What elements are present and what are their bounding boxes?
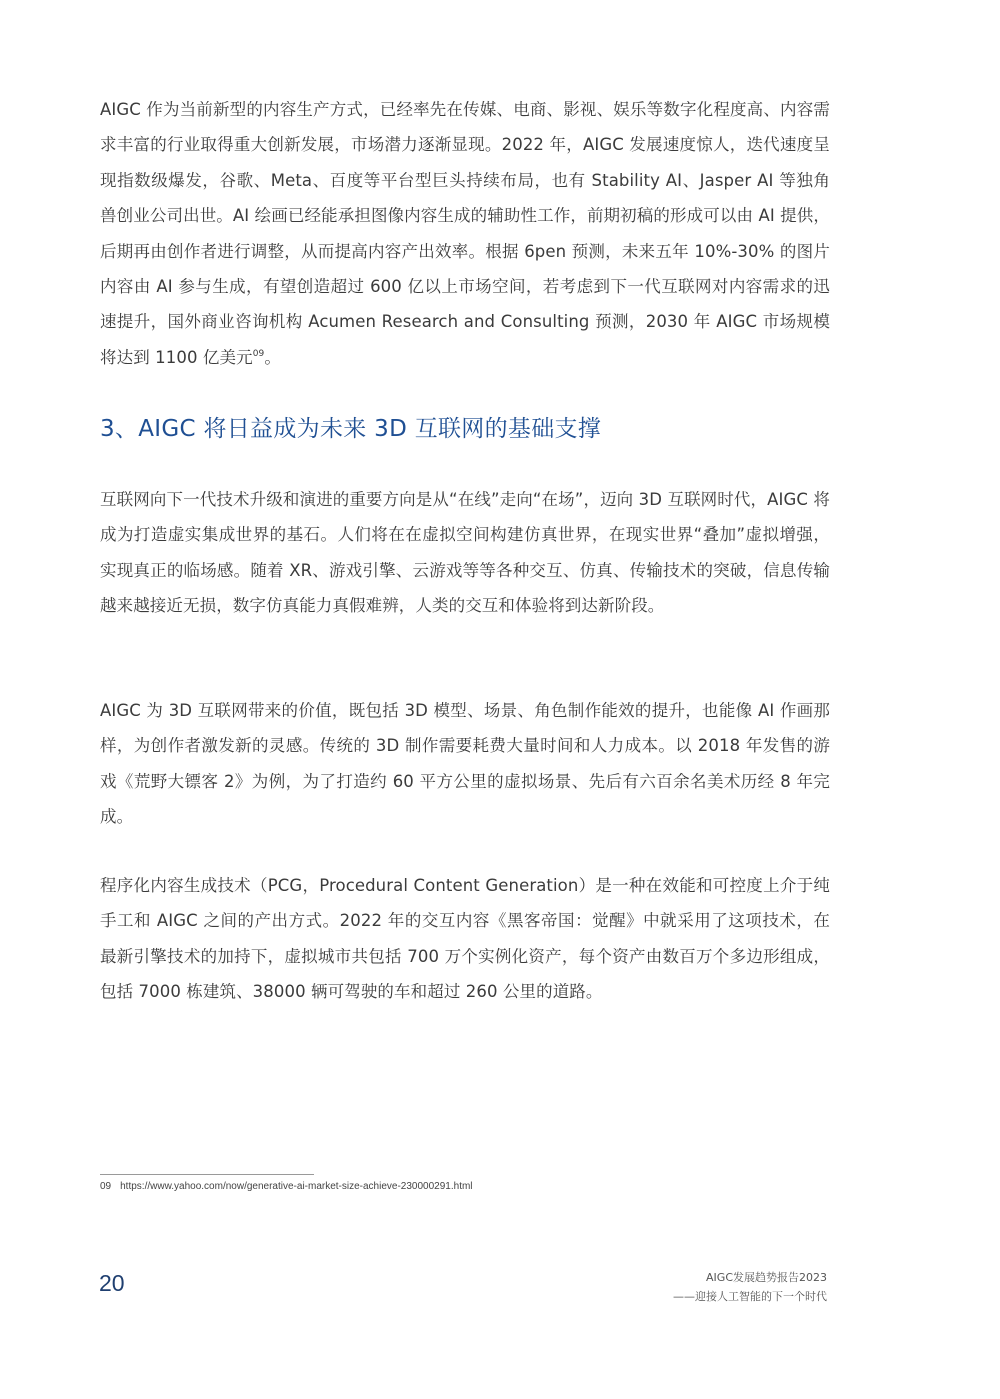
- footnote-divider: [100, 1174, 314, 1175]
- report-title: AIGC发展趋势报告2023: [673, 1268, 827, 1287]
- paragraph-end: 。: [264, 348, 281, 367]
- page-number: 20: [99, 1270, 125, 1297]
- section-heading: 3、AIGC 将日益成为未来 3D 互联网的基础支撑: [100, 412, 601, 446]
- footnote: 09https://www.yahoo.com/now/generative-a…: [100, 1181, 473, 1192]
- paragraph-3d-value: AIGC 为 3D 互联网带来的价值，既包括 3D 模型、场景、角色制作能效的提…: [100, 693, 830, 835]
- paragraph-text: AIGC 作为当前新型的内容生产方式，已经率先在传媒、电商、影视、娱乐等数字化程…: [100, 100, 830, 367]
- footnote-link[interactable]: https://www.yahoo.com/now/generative-ai-…: [120, 1181, 472, 1192]
- document-page: AIGC 作为当前新型的内容生产方式，已经率先在传媒、电商、影视、娱乐等数字化程…: [0, 0, 1000, 1399]
- running-title: AIGC发展趋势报告2023 ——迎接人工智能的下一个时代: [673, 1268, 827, 1306]
- paragraph-aigc-market: AIGC 作为当前新型的内容生产方式，已经率先在传媒、电商、影视、娱乐等数字化程…: [100, 92, 830, 375]
- report-subtitle: ——迎接人工智能的下一个时代: [673, 1287, 827, 1306]
- footnote-reference[interactable]: 09: [253, 349, 265, 359]
- paragraph-3d-internet: 互联网向下一代技术升级和演进的重要方向是从“在线”走向“在场”，迈向 3D 互联…: [100, 482, 830, 624]
- footnote-number: 09: [100, 1181, 111, 1192]
- paragraph-pcg: 程序化内容生成技术（PCG，Procedural Content Generat…: [100, 868, 830, 1010]
